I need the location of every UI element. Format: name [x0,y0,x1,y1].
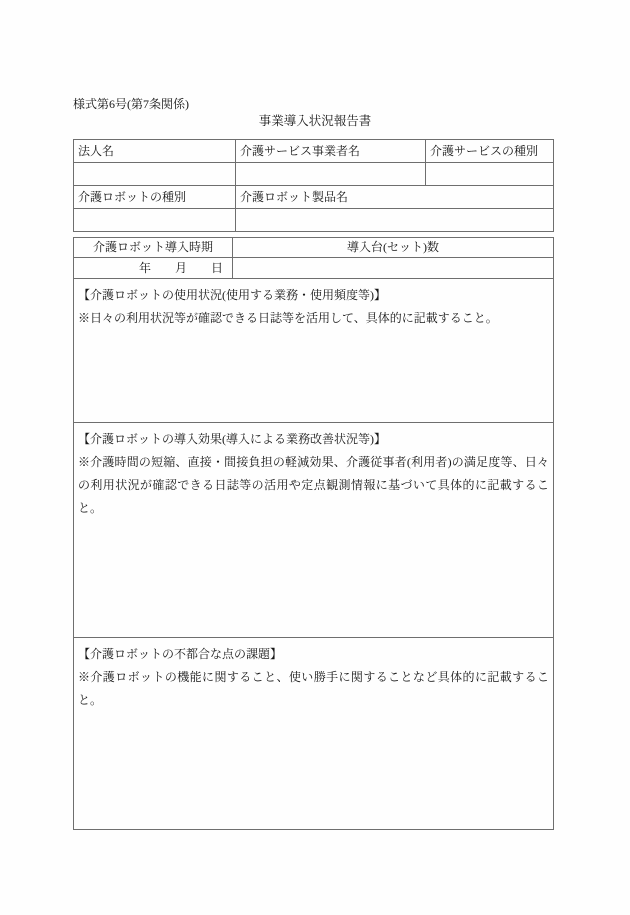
document-page: 様式第6号(第7条関係) 事業導入状況報告書 法人名 介護サービス事業者名 介護… [0,0,630,915]
introduction-effect-section[interactable]: 【介護ロボットの導入効果(導入による業務改善状況等)】 ※介護時間の短縮、直接・… [74,423,554,638]
form-number: 様式第6号(第7条関係) [73,97,189,111]
table-row [74,209,554,232]
basic-info-table: 法人名 介護サービス事業者名 介護サービスの種別 介護ロボットの種別 介護ロボッ… [73,139,554,232]
introduction-detail-table: 介護ロボット導入時期 導入台(セット)数 年 月 日 【介護ロボットの使用状況(… [73,237,554,830]
units-label: 導入台(セット)数 [233,238,554,258]
table-row: 法人名 介護サービス事業者名 介護サービスの種別 [74,140,554,163]
page-title: 事業導入状況報告書 [0,114,630,129]
service-type-field[interactable] [426,163,554,186]
date-template-text: 年 月 日 [139,261,223,275]
intro-date-field[interactable]: 年 月 日 [74,258,233,279]
robot-product-field[interactable] [236,209,554,232]
table-row: 介護ロボットの種別 介護ロボット製品名 [74,186,554,209]
corporate-name-label: 法人名 [74,140,236,163]
corporate-name-field[interactable] [74,163,236,186]
units-field[interactable] [233,258,554,279]
robot-product-label: 介護ロボット製品名 [236,186,554,209]
introduction-effect-note: ※介護時間の短縮、直接・間接負担の軽減効果、介護従事者(利用者)の満足度等、日々… [78,451,549,520]
issues-section[interactable]: 【介護ロボットの不都合な点の課題】 ※介護ロボットの機能に関すること、使い勝手に… [74,638,554,830]
intro-period-label: 介護ロボット導入時期 [74,238,233,258]
service-provider-field[interactable] [236,163,426,186]
robot-type-field[interactable] [74,209,236,232]
table-row [74,163,554,186]
introduction-effect-heading: 【介護ロボットの導入効果(導入による業務改善状況等)】 [78,428,549,451]
service-provider-label: 介護サービス事業者名 [236,140,426,163]
table-row: 【介護ロボットの使用状況(使用する業務・使用頻度等)】 ※日々の利用状況等が確認… [74,279,554,423]
table-row: 【介護ロボットの不都合な点の課題】 ※介護ロボットの機能に関すること、使い勝手に… [74,638,554,830]
robot-type-label: 介護ロボットの種別 [74,186,236,209]
table-row: 【介護ロボットの導入効果(導入による業務改善状況等)】 ※介護時間の短縮、直接・… [74,423,554,638]
usage-status-section[interactable]: 【介護ロボットの使用状況(使用する業務・使用頻度等)】 ※日々の利用状況等が確認… [74,279,554,423]
issues-heading: 【介護ロボットの不都合な点の課題】 [78,643,549,666]
table-row: 年 月 日 [74,258,554,279]
issues-note: ※介護ロボットの機能に関すること、使い勝手に関することなど具体的に記載すること。 [78,666,549,712]
table-row: 介護ロボット導入時期 導入台(セット)数 [74,238,554,258]
service-type-label: 介護サービスの種別 [426,140,554,163]
usage-status-heading: 【介護ロボットの使用状況(使用する業務・使用頻度等)】 [78,284,549,307]
usage-status-note: ※日々の利用状況等が確認できる日誌等を活用して、具体的に記載すること。 [78,307,549,330]
